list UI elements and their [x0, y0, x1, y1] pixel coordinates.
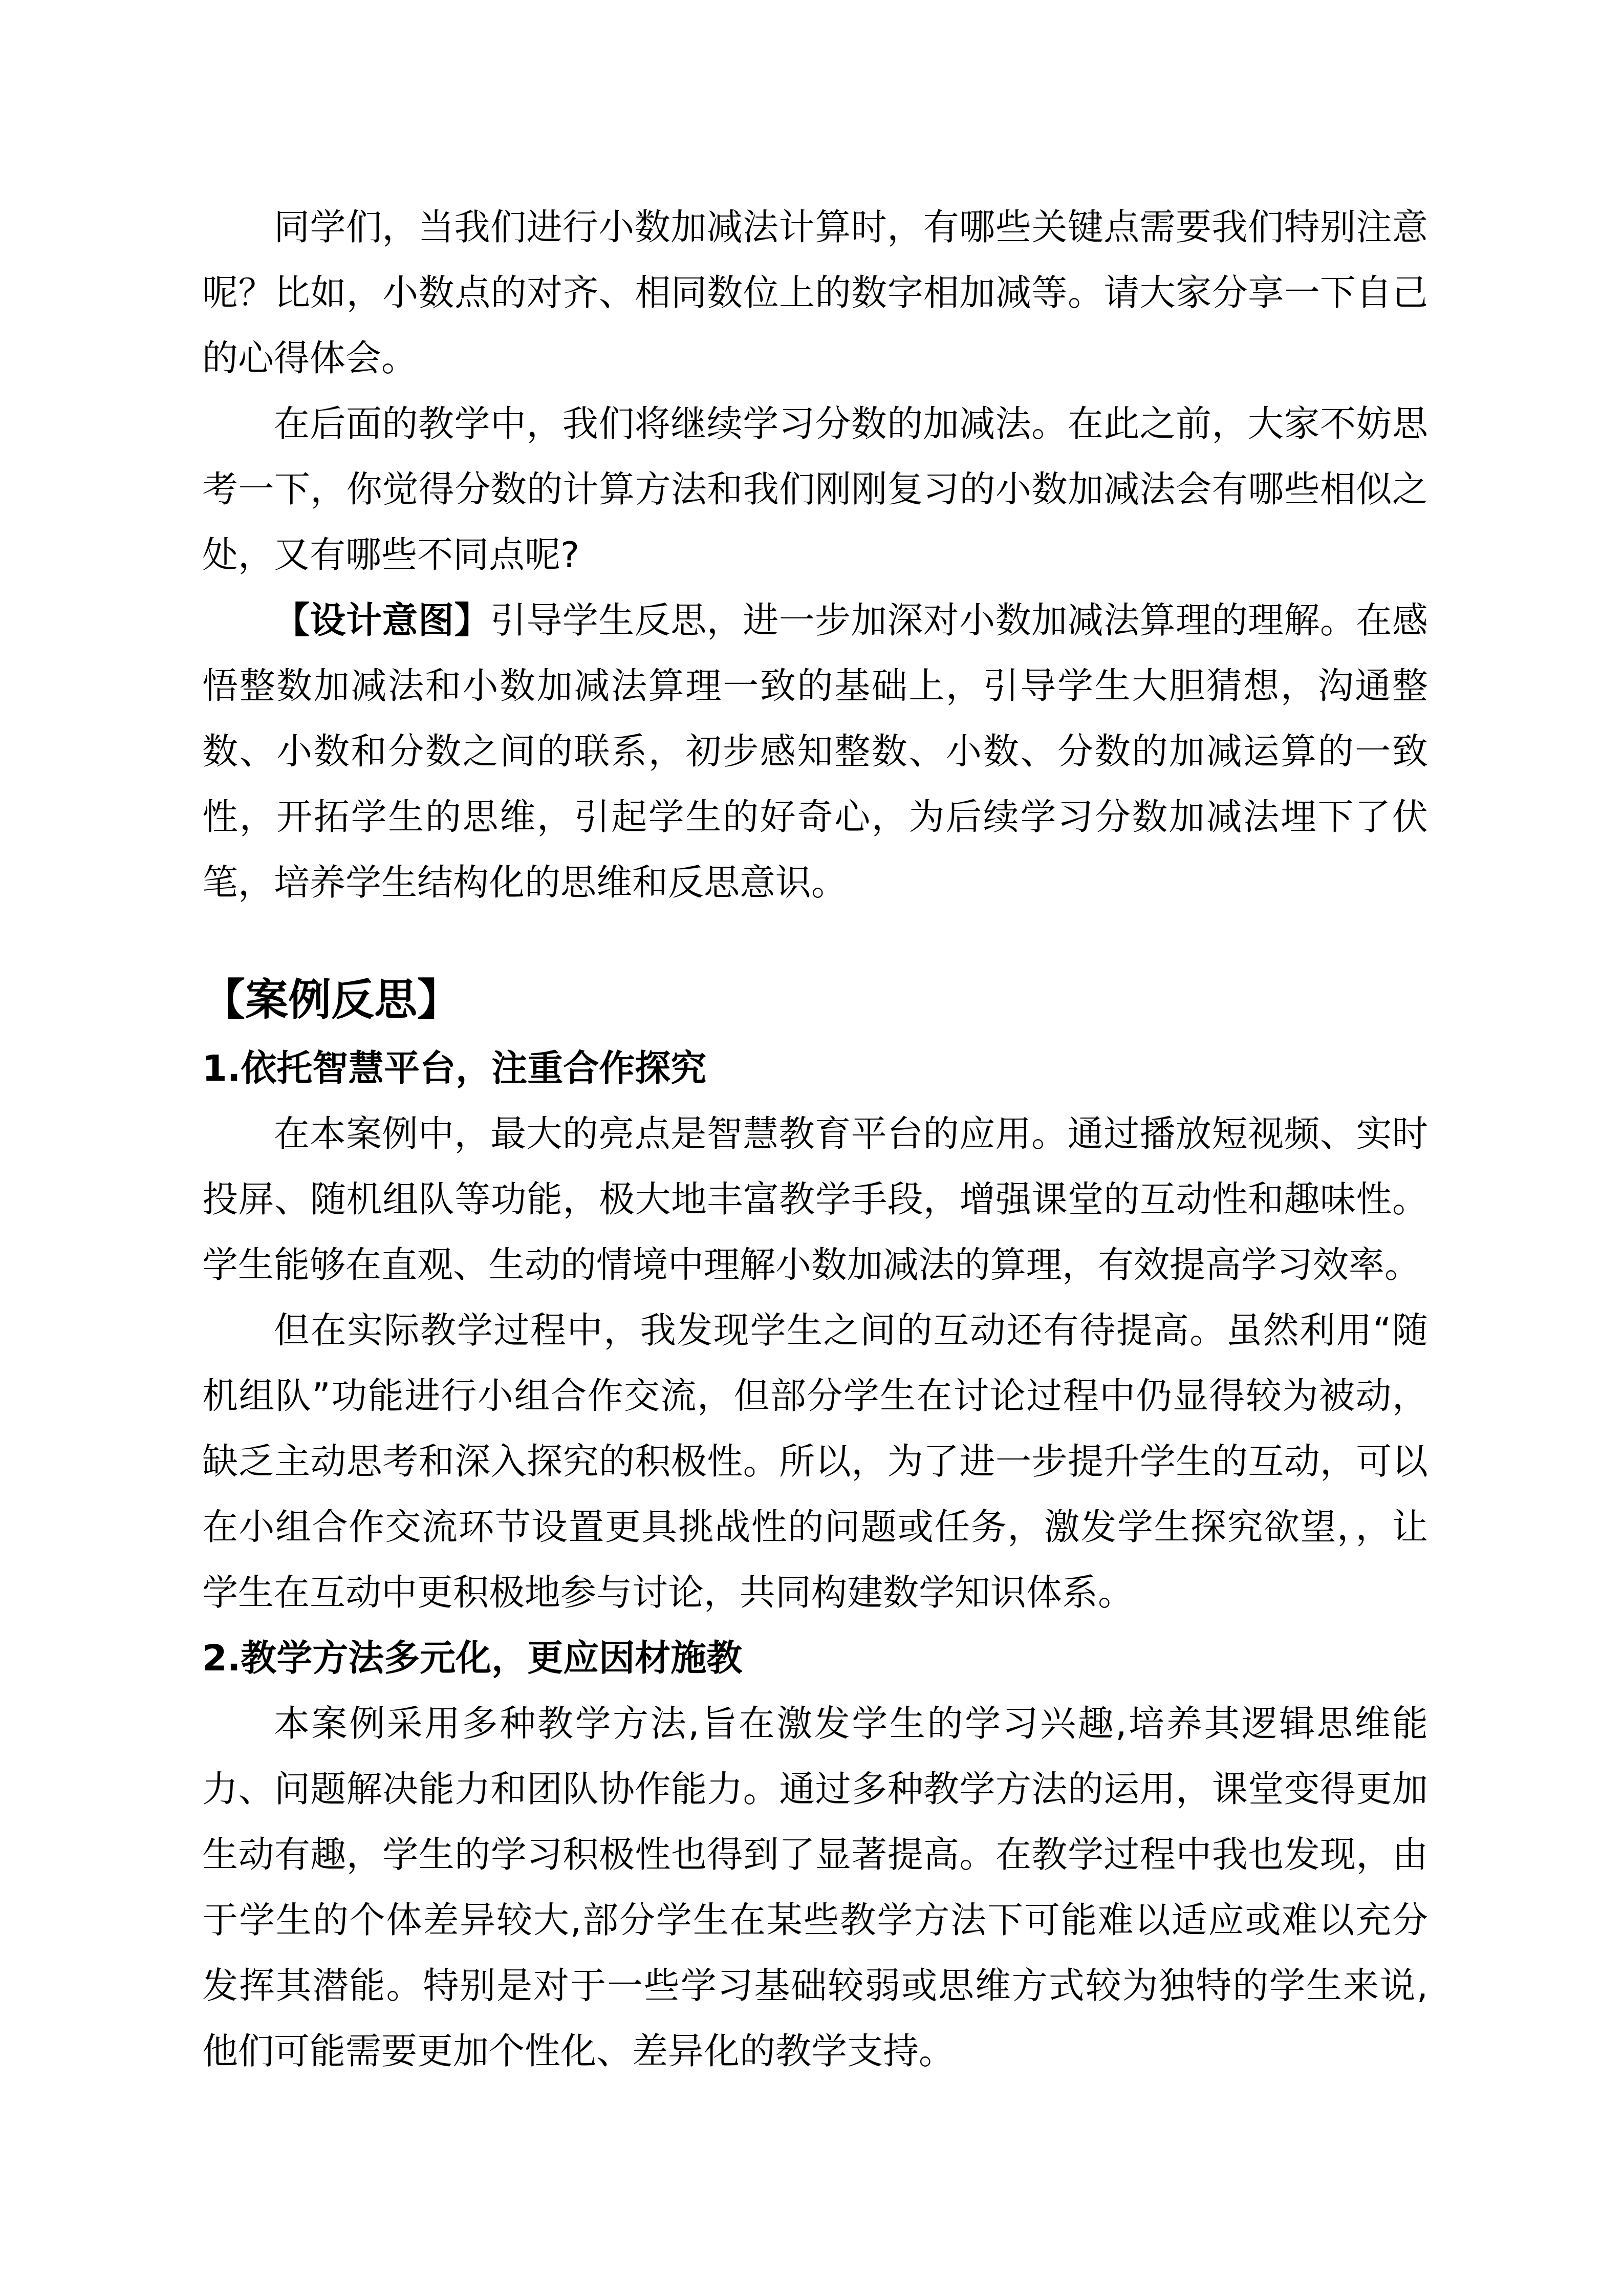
- paragraph-teaching-methods-reflection: 本案例采用多种教学方法,旨在激发学生的学习兴趣,培养其逻辑思维能力、问题解决能力…: [202, 1691, 1428, 2084]
- paragraph-platform-highlight: 在本案例中，最大的亮点是智慧教育平台的应用。通过播放短视频、实时投屏、随机组队等…: [202, 1101, 1428, 1298]
- paragraph-next-lesson-thinking: 在后面的教学中，我们将继续学习分数的加减法。在此之前，大家不妨思考一下，你觉得分…: [202, 391, 1428, 588]
- document-page: 同学们，当我们进行小数加减法计算时，有哪些关键点需要我们特别注意呢？比如，小数点…: [0, 0, 1624, 2296]
- paragraph-interaction-improvement: 但在实际教学过程中，我发现学生之间的互动还有待提高。虽然利用“随机组队”功能进行…: [202, 1298, 1428, 1625]
- subheading-teaching-methods: 2.教学方法多元化，更应因材施教: [202, 1625, 1428, 1691]
- paragraph-design-intent: 【设计意图】引导学生反思，进一步加深对小数加减法算理的理解。在感悟整数加减法和小…: [202, 588, 1428, 915]
- document-content: 同学们，当我们进行小数加减法计算时，有哪些关键点需要我们特别注意呢？比如，小数点…: [202, 195, 1428, 2084]
- design-intent-text: 引导学生反思，进一步加深对小数加减法算理的理解。在感悟整数加减法和小数加减法算理…: [202, 599, 1428, 904]
- section-heading-case-reflection: 【案例反思】: [202, 964, 1428, 1036]
- design-intent-label: 【设计意图】: [274, 599, 490, 641]
- paragraph-review-question: 同学们，当我们进行小数加减法计算时，有哪些关键点需要我们特别注意呢？比如，小数点…: [202, 195, 1428, 391]
- subheading-smart-platform: 1.依托智慧平台，注重合作探究: [202, 1036, 1428, 1101]
